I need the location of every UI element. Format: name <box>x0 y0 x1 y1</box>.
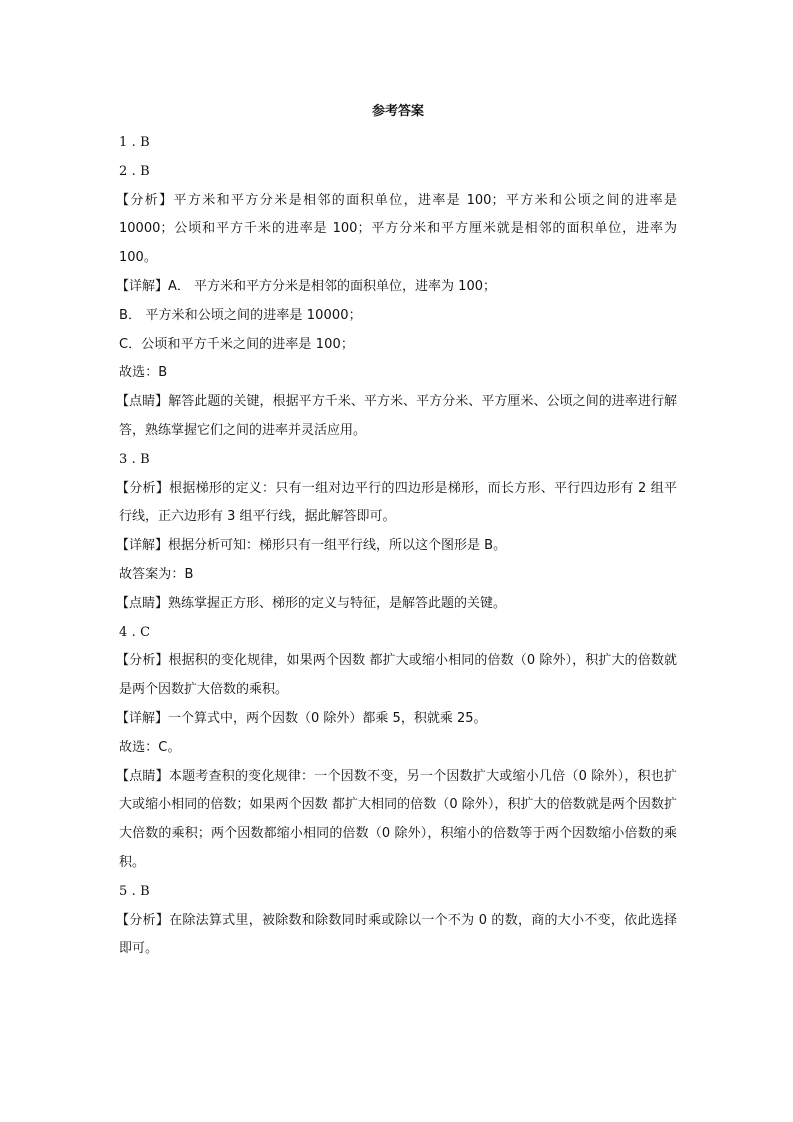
paragraph-text: 平方米和平方分米是相邻的面积单位，进率是 100；平方米和公顷之间的进率是 10… <box>119 193 677 266</box>
explanation-paragraph: 【分析】平方米和平方分米是相邻的面积单位，进率是 100；平方米和公顷之间的进率… <box>119 187 677 273</box>
paragraph-text: 根据积的变化规律，如果两个因数 都扩大或缩小相同的倍数（0 除外），积扩大的倍数… <box>119 653 677 697</box>
paragraph-text: 根据梯形的定义：只有一组对边平行的四边形是梯形，而长方形、平行四边形有 2 组平… <box>119 481 677 525</box>
explanation-paragraph: 【分析】根据梯形的定义：只有一组对边平行的四边形是梯形，而长方形、平行四边形有 … <box>119 475 677 533</box>
explanation-paragraph: 【点睛】本题考查积的变化规律：一个因数不变，另一个因数扩大或缩小几倍（0 除外）… <box>119 763 677 878</box>
text-line: 故答案为：B <box>119 561 677 590</box>
section-tag: 【详解】 <box>116 711 168 726</box>
paragraph-text: 解答此题的关键，根据平方千米、平方米、平方分米、平方厘米、公顷之间的进率进行解答… <box>119 394 677 438</box>
section-tag: 【分析】 <box>116 193 174 208</box>
explanation-paragraph: 【分析】根据积的变化规律，如果两个因数 都扩大或缩小相同的倍数（0 除外），积扩… <box>119 647 677 705</box>
section-tag: 【分析】 <box>116 653 168 668</box>
answer-key-page: 参考答案 1 . B2 . B【分析】平方米和平方分米是相邻的面积单位，进率是 … <box>119 100 677 964</box>
paragraph-text: A． 平方米和平方分米是相邻的面积单位，进率为 100； <box>168 279 496 294</box>
paragraph-text: 本题考查积的变化规律：一个因数不变，另一个因数扩大或缩小几倍（0 除外），积也扩… <box>119 769 677 870</box>
paragraph-text: 一个算式中，两个因数（0 除外）都乘 5，积就乘 25。 <box>168 711 486 726</box>
explanation-paragraph: 【分析】在除法算式里，被除数和除数同时乘或除以一个不为 0 的数，商的大小不变，… <box>119 907 677 965</box>
text-line: 故选：B <box>119 359 677 388</box>
answer-item: 4 . C <box>119 619 677 648</box>
paragraph-text: 在除法算式里，被除数和除数同时乘或除以一个不为 0 的数，商的大小不变，依此选择… <box>119 913 677 957</box>
paragraph-text: 根据分析可知：梯形只有一组平行线，所以这个图形是 B。 <box>168 538 506 553</box>
section-tag: 【详解】 <box>116 538 168 553</box>
explanation-paragraph: 【点睛】解答此题的关键，根据平方千米、平方米、平方分米、平方厘米、公顷之间的进率… <box>119 388 677 446</box>
section-tag: 【详解】 <box>116 279 168 294</box>
explanation-paragraph: 【详解】一个算式中，两个因数（0 除外）都乘 5，积就乘 25。 <box>119 705 677 734</box>
section-tag: 【点睛】 <box>116 394 168 409</box>
answer-item: 3 . B <box>119 446 677 475</box>
answer-text: 4 . C <box>119 625 150 640</box>
answer-content: 1 . B2 . B【分析】平方米和平方分米是相邻的面积单位，进率是 100；平… <box>119 129 677 964</box>
answer-text: 3 . B <box>119 452 150 467</box>
answer-text: 2 . B <box>119 164 150 179</box>
section-tag: 【分析】 <box>116 481 169 496</box>
explanation-paragraph: 【详解】A． 平方米和平方分米是相邻的面积单位，进率为 100； <box>119 273 677 302</box>
section-tag: 【分析】 <box>116 913 169 928</box>
answer-item: 2 . B <box>119 158 677 187</box>
text-line: 故选：C。 <box>119 734 677 763</box>
section-tag: 【点睛】 <box>116 596 168 611</box>
explanation-paragraph: 【详解】根据分析可知：梯形只有一组平行线，所以这个图形是 B。 <box>119 532 677 561</box>
explanation-paragraph: 【点睛】熟练掌握正方形、梯形的定义与特征，是解答此题的关键。 <box>119 590 677 619</box>
paragraph-text: 熟练掌握正方形、梯形的定义与特征，是解答此题的关键。 <box>168 596 506 611</box>
answer-item: 1 . B <box>119 129 677 158</box>
text-line: C．公顷和平方千米之间的进率是 100； <box>119 331 677 360</box>
answer-item: 5 . B <box>119 878 677 907</box>
answer-text: 5 . B <box>119 884 150 899</box>
answer-text: 1 . B <box>119 135 150 150</box>
section-tag: 【点睛】 <box>116 769 169 784</box>
text-line: B． 平方米和公顷之间的进率是 10000； <box>119 302 677 331</box>
page-title: 参考答案 <box>119 100 677 124</box>
